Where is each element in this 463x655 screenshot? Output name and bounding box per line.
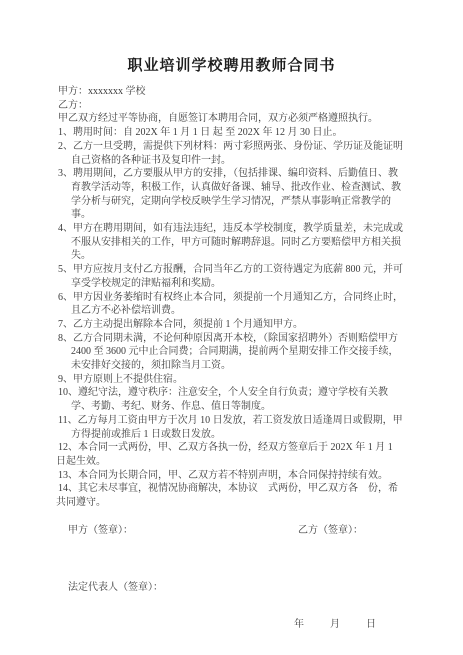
signature-row: 甲方（签章）： 乙方（签章）： [58, 524, 405, 538]
clause-2: 2、乙方一旦受聘，需提供下列材料：两寸彩照两张、身份证、学历证及能证明自己资格的… [58, 140, 405, 167]
clause-8: 8、乙方合同期未满，不论何种原因离开本校，（除国家招聘外）否则赔偿甲方 2400… [58, 332, 405, 373]
party-b-line: 乙方： [58, 99, 405, 113]
clause-12: 12、本合同一式两份，甲、乙双方各执一份，经双方签章后于 202X 年 1 月 … [56, 441, 405, 468]
legal-representative-signature-label: 法定代表人（签章）： [58, 581, 405, 595]
clause-5: 5、甲方应按月支付乙方报酬，合同当年乙方的工资待遇定为底薪 800 元，并可享受… [58, 263, 405, 290]
clause-11: 11、乙方每月工资由甲方于次月 10 日发放，若工资发放日适逢周日或假期，甲方得… [58, 414, 405, 441]
clause-9: 9、甲方原则上不提供住宿。 [58, 373, 405, 387]
party-b-signature-label: 乙方（签章）： [298, 524, 363, 538]
contract-document-page: 职业培训学校聘用教师合同书 甲方：xxxxxxx 学校 乙方： 甲乙双方经过平等… [0, 0, 463, 655]
preamble-line: 甲乙双方经过平等协商，自愿签订本聘用合同，双方必须严格遵照执行。 [58, 112, 405, 126]
clause-3: 3、聘用期间，乙方要服从甲方的安排，（包括排课、编印资料、后勤值日、教育教学活动… [58, 167, 405, 222]
clause-7: 7、乙方主动提出解除本合同，须提前 1 个月通知甲方。 [58, 318, 405, 332]
clause-10: 10、遵纪守法，遵守秩序：注意安全，个人安全自行负责；遵守学校有关教学、考勤、考… [58, 386, 405, 413]
party-a-signature-label: 甲方（签章）： [68, 524, 133, 538]
clause-4: 4、甲方在聘用期间，如有违法违纪，违反本学校制度，教学质量差，未完成或不服从安排… [58, 222, 405, 263]
clause-6: 6、甲方因业务萎缩时有权终止本合同，须提前一个月通知乙方，合同终止时，且乙方不必… [58, 291, 405, 318]
clause-13: 13、本合同为长期合同，甲、乙双方若不特别声明，本合同保持持续有效。 [56, 469, 405, 483]
clause-14: 14、其它未尽事宜，视情况协商解决，本协议 式两份，甲乙双方各 份，希共同遵守。 [56, 482, 405, 509]
contract-body: 甲方：xxxxxxx 学校 乙方： 甲乙双方经过平等协商，自愿签订本聘用合同，双… [58, 85, 405, 510]
document-title: 职业培训学校聘用教师合同书 [58, 57, 405, 75]
party-a-line: 甲方：xxxxxxx 学校 [58, 85, 405, 99]
date-line: 年 月 日 [58, 618, 405, 632]
clause-1: 1、聘用时间：自 202X 年 1 月 1 日 起 至 202X 年 12 月 … [58, 126, 405, 140]
